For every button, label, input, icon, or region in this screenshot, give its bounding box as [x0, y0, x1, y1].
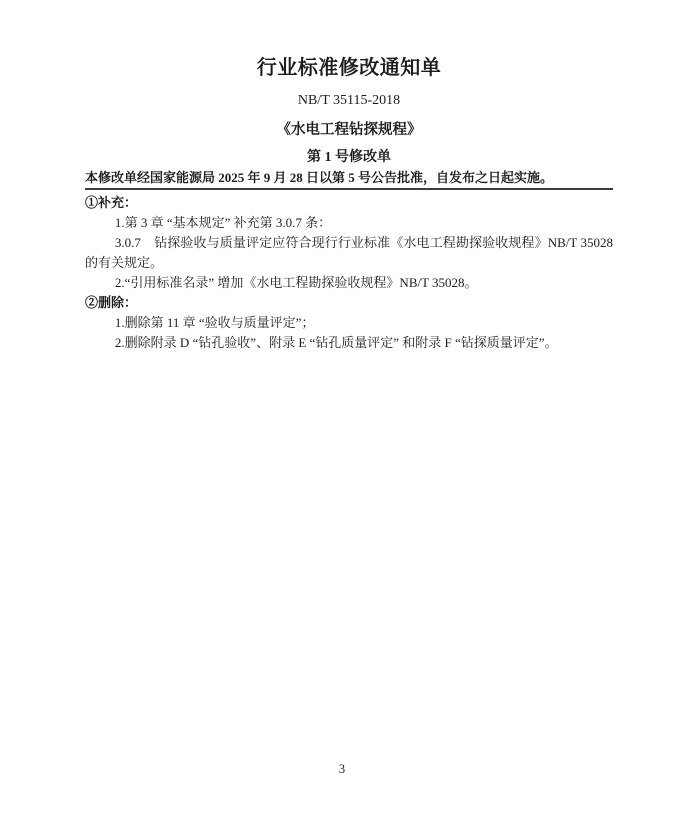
section-supplement: ①补充： 1.第 3 章 “基本规定” 补充第 3.0.7 条： 3.0.7 钻…: [85, 193, 613, 293]
page-number: 3: [339, 762, 345, 776]
document-body: ①补充： 1.第 3 章 “基本规定” 补充第 3.0.7 条： 3.0.7 钻…: [85, 193, 613, 353]
doc-standard-code: NB/T 35115-2018: [85, 93, 613, 109]
section-heading-supplement: ①补充：: [85, 193, 613, 213]
paragraph: 1.第 3 章 “基本规定” 补充第 3.0.7 条：: [85, 213, 613, 233]
amendment-number: 第 1 号修改单: [85, 149, 613, 166]
doc-standard-name: 《水电工程钻探规程》: [85, 122, 613, 139]
section-delete: ②删除： 1.删除第 11 章 “验收与质量评定”； 2.删除附录 D “钻孔验…: [85, 293, 613, 353]
paragraph: 2.删除附录 D “钻孔验收”、附录 E “钻孔质量评定” 和附录 F “钻探质…: [85, 333, 613, 353]
approval-statement: 本修改单经国家能源局 2025 年 9 月 28 日以第 5 号公告批准，自发布…: [85, 170, 613, 190]
doc-title: 行业标准修改通知单: [85, 0, 613, 81]
document-content: 行业标准修改通知单 NB/T 35115-2018 《水电工程钻探规程》 第 1…: [85, 0, 613, 353]
document-page: 行业标准修改通知单 NB/T 35115-2018 《水电工程钻探规程》 第 1…: [0, 0, 684, 835]
paragraph: 3.0.7 钻探验收与质量评定应符合现行行业标准《水电工程勘探验收规程》NB/T…: [85, 233, 613, 273]
paragraph: 2.“引用标准名录” 增加《水电工程勘探验收规程》NB/T 35028。: [85, 273, 613, 293]
paragraph: 1.删除第 11 章 “验收与质量评定”；: [85, 313, 613, 333]
page-footer: 3: [0, 762, 684, 777]
section-heading-delete: ②删除：: [85, 293, 613, 313]
